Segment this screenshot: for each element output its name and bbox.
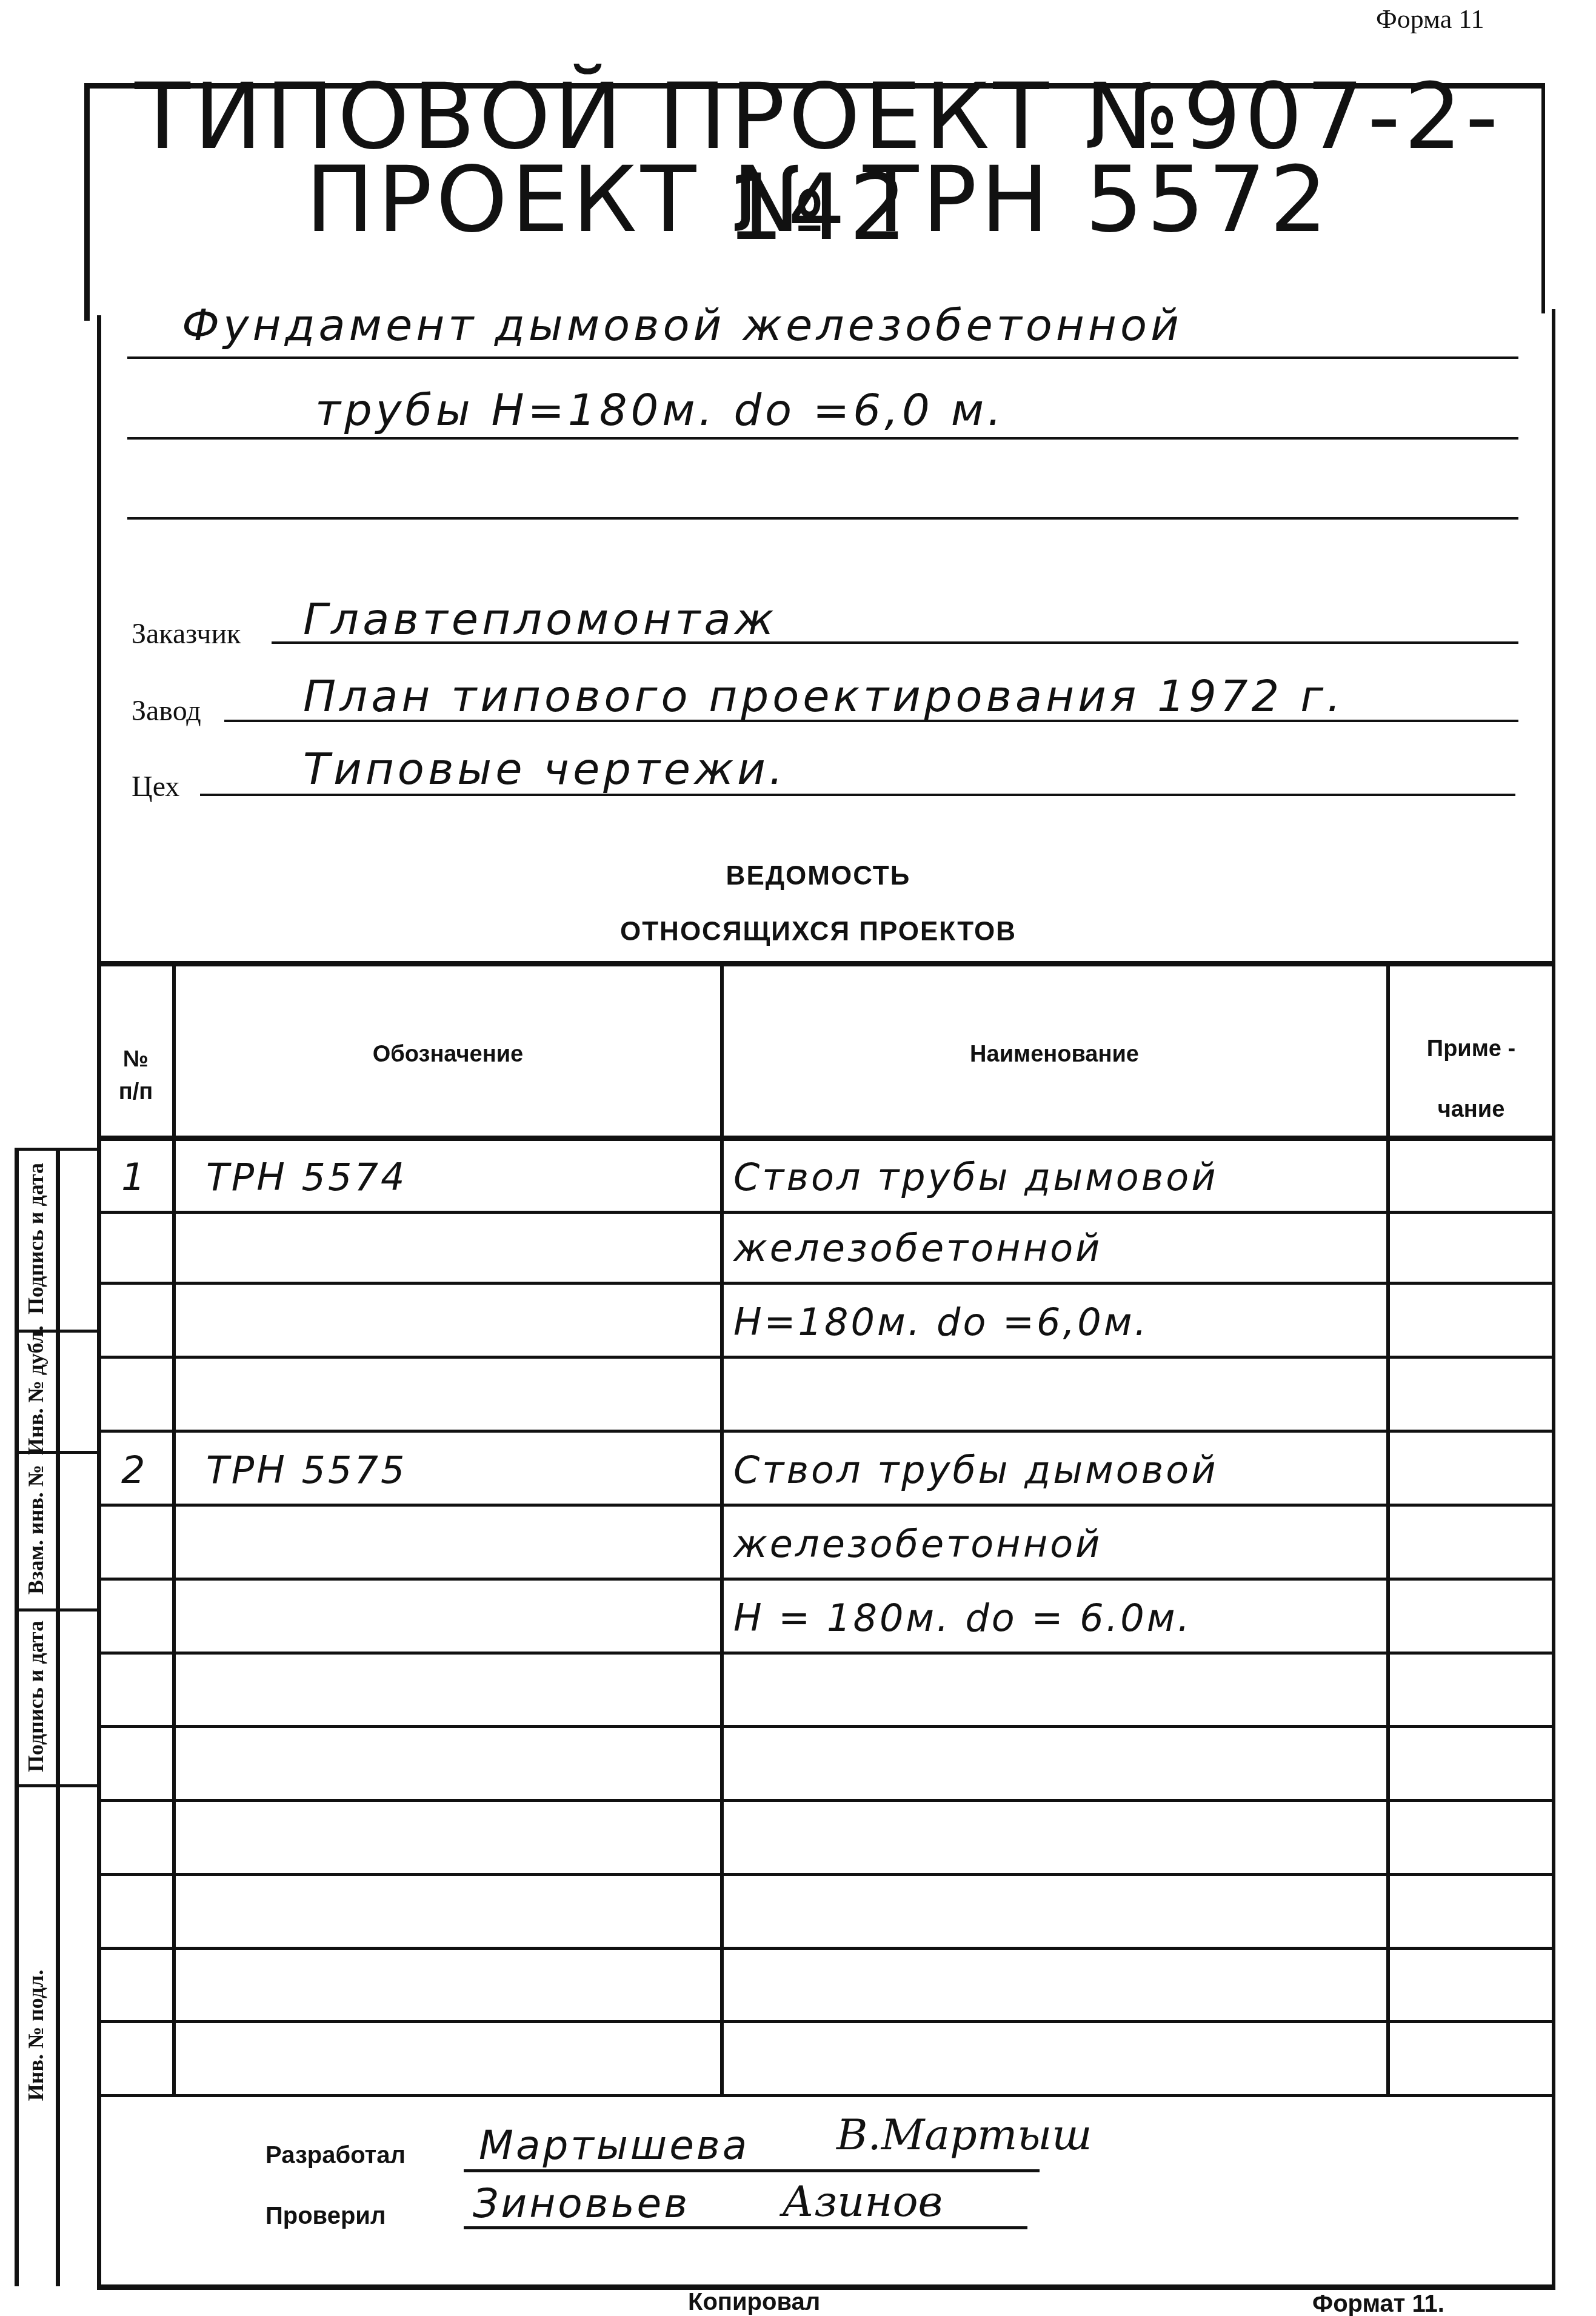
row-name: железобетонной [733,1522,1102,1566]
customer-label: Заказчик [132,617,241,651]
row-name: железобетонной [733,1226,1102,1270]
side-stamp-divider [15,1784,99,1787]
developed-by-underline [464,2169,1040,2172]
side-stamp-divider [15,1148,99,1151]
table-row-divider [97,1578,1555,1581]
side-stamp-label: Подпись и дата [23,1621,48,1772]
copied-by-label: Копировал [688,2289,820,2316]
side-stamp: Подпись и датаИнв. № дубл.Взам. инв. №По… [15,1148,99,2286]
side-stamp-label: Подпись и дата [23,1163,48,1314]
side-stamp-divider [15,1608,99,1611]
table-row-divider [97,1799,1555,1802]
table-row-divider [97,1430,1555,1433]
frame-left-upper [84,83,90,321]
side-stamp-label: Взам. инв. № [23,1465,48,1595]
row-number: 2 [121,1448,147,1492]
col-header-name: Наименование [723,1042,1386,1068]
subject-line1: Фундамент дымовой железобетонной [182,303,1183,347]
table-row-divider [97,1652,1555,1655]
plant-underline [224,720,1518,722]
format-label: Формат 11. [1312,2291,1444,2316]
side-stamp-divider [15,1451,99,1454]
side-stamp-cell: Инв. № подл. [15,1784,57,2286]
table-col-divider-2 [720,961,724,2095]
row-designation: ТРН 5574 [206,1155,407,1199]
frame-bottom [97,2284,1555,2290]
table-row-divider [97,1211,1555,1214]
subject-underline-1 [127,356,1518,359]
side-stamp-cell: Инв. № дубл. [15,1330,57,1451]
checked-by-label: Проверил [265,2203,386,2230]
table-row-divider [97,1725,1555,1728]
workshop-underline [200,794,1515,796]
table-header-bottom-border [97,1136,1555,1141]
table-row-divider [97,1947,1555,1950]
statement-heading: ВЕДОМОСТЬ [91,861,1546,891]
row-name: H = 180м. do = 6.0м. [733,1596,1192,1640]
side-stamp-label: Инв. № дубл. [23,1325,48,1454]
side-stamp-label: Инв. № подл. [23,1970,48,2101]
workshop-label: Цех [132,770,179,803]
checked-by-signature: Азинов [782,2177,943,2226]
row-name: Ствол трубы дымовой [733,1448,1218,1492]
col-header-note-line1: Приме - [1389,1019,1553,1079]
table-row-divider [97,2094,1555,2097]
developed-by-name: Мартышева [479,2122,749,2169]
frame-right [1552,309,1555,2289]
side-stamp-cell: Взам. инв. № [15,1451,57,1608]
row-number: 1 [121,1155,147,1199]
col-header-number-line2: п/п [99,1076,172,1108]
col-header-note-line2: чание [1389,1079,1553,1140]
checked-by-name: Зиновьев [473,2180,690,2227]
col-header-number-line1: № [99,1043,172,1076]
developed-by-label: Разработал [265,2142,406,2169]
subject-underline-3 [127,517,1518,520]
table-row-divider [97,1504,1555,1507]
table-row-divider [97,2020,1555,2023]
side-stamp-cell: Подпись и дата [15,1608,57,1784]
table-row-divider [97,1873,1555,1876]
col-header-note: Приме - чание [1389,1019,1553,1140]
form-number-label: Форма 11 [1376,4,1484,35]
plant-label: Завод [132,694,201,728]
side-stamp-cell: Подпись и дата [15,1148,57,1330]
table-col-divider-1 [172,961,176,2095]
table-row-divider [97,1282,1555,1285]
customer-underline [272,641,1518,644]
col-header-designation: Обозначение [176,1042,720,1068]
row-name: Ствол трубы дымовой [733,1155,1218,1199]
project-title-line2: ПРОЕКТ № ТРН 5572 [91,155,1546,246]
table-top-border [97,961,1555,966]
table-row-divider [97,1356,1555,1359]
workshop-value: Типовые чертежи. [303,747,787,791]
side-stamp-divider [15,1330,99,1333]
row-designation: ТРН 5575 [206,1448,407,1492]
col-header-number: № п/п [99,1043,172,1108]
statement-subheading: ОТНОСЯЩИХСЯ ПРОЕКТОВ [91,917,1546,947]
customer-value: Главтепломонтаж [303,597,777,641]
row-name: H=180м. do =6,0м. [733,1300,1149,1344]
subject-line2: трубы H=180м. do =6,0 м. [315,388,1005,432]
checked-by-underline [464,2226,1027,2229]
developed-by-signature: В.Мартыш [836,2110,1092,2160]
subject-underline-2 [127,437,1518,440]
plant-value: План типового проектирования 1972 г. [303,674,1344,718]
